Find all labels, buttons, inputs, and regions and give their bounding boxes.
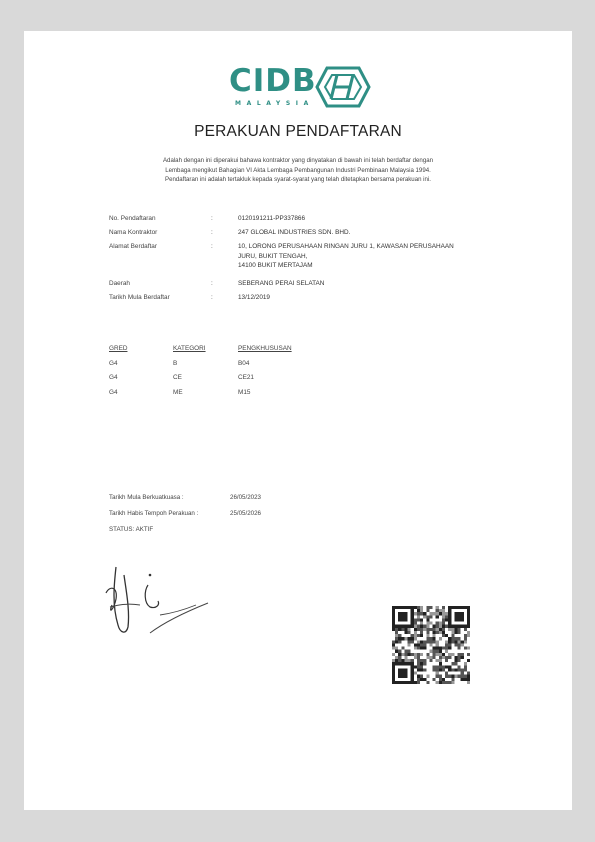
status-row: STATUS: AKTIF: [109, 525, 261, 535]
validity-end-value: 25/05/2026: [230, 509, 261, 519]
certificate-page: CIDB MALAYSIA PERAKUAN PENDAFTARAN Adala…: [24, 31, 572, 810]
intro-line: Lembaga mengikut Bahagian VI Akta Lembag…: [84, 166, 512, 176]
validity-end-row: Tarikh Habis Tempoh Perakuan : 25/05/202…: [109, 509, 261, 519]
field-colon: :: [211, 279, 238, 289]
intro-paragraph: Adalah dengan ini diperakui bahawa kontr…: [84, 156, 512, 185]
table-row: G4 ME M15: [109, 388, 358, 398]
certificate-title: PERAKUAN PENDAFTARAN: [24, 123, 572, 141]
qr-code-icon: [392, 606, 470, 684]
field-colon: :: [211, 293, 238, 303]
field-contractor-name: Nama Kontraktor : 247 GLOBAL INDUSTRIES …: [109, 228, 549, 238]
validity-start-row: Tarikh Mula Berkuatkuasa : 26/05/2023: [109, 493, 261, 503]
logo-subtitle: MALAYSIA: [235, 100, 314, 107]
specialization-cell: CE21: [238, 373, 358, 383]
signature-icon: [96, 555, 216, 645]
grade-cell: G4: [109, 373, 173, 383]
field-label: Tarikh Mula Berdaftar: [109, 293, 211, 303]
grade-table: GRED KATEGORI PENGKHUSUSAN G4 B B04 G4 C…: [109, 344, 358, 402]
intro-line: Pendaftaran ini adalah tertakluk kepada …: [84, 175, 512, 185]
address-line: JURU, BUKIT TENGAH,: [238, 252, 549, 262]
field-colon: :: [211, 214, 238, 224]
logo-wordmark: CIDB: [229, 64, 317, 98]
header-grade: GRED: [109, 345, 127, 352]
category-cell: ME: [173, 388, 238, 398]
header-specialization: PENGKHUSUSAN: [238, 345, 292, 352]
field-colon: :: [211, 228, 238, 238]
field-value: 0120191211-PP337866: [238, 214, 549, 224]
table-row: G4 B B04: [109, 359, 358, 369]
registration-details: No. Pendaftaran : 0120191211-PP337866 Na…: [109, 214, 549, 307]
address-line: 10, LORONG PERUSAHAAN RINGAN JURU 1, KAW…: [238, 242, 549, 252]
field-registration-number: No. Pendaftaran : 0120191211-PP337866: [109, 214, 549, 224]
specialization-cell: B04: [238, 359, 358, 369]
field-registration-date: Tarikh Mula Berdaftar : 13/12/2019: [109, 293, 549, 303]
validity-start-label: Tarikh Mula Berkuatkuasa :: [109, 493, 230, 503]
status-badge: STATUS: AKTIF: [109, 525, 153, 535]
header-category: KATEGORI: [173, 345, 206, 352]
cidb-hexagon-logo-icon: [315, 66, 371, 108]
field-value: 247 GLOBAL INDUSTRIES SDN. BHD.: [238, 228, 549, 238]
address-line: 14100 BUKIT MERTAJAM: [238, 261, 549, 271]
intro-line: Adalah dengan ini diperakui bahawa kontr…: [84, 156, 512, 166]
cidb-logo: CIDB MALAYSIA: [229, 64, 374, 112]
field-label: Nama Kontraktor: [109, 228, 211, 238]
category-cell: B: [173, 359, 238, 369]
grade-cell: G4: [109, 388, 173, 398]
validity-end-label: Tarikh Habis Tempoh Perakuan :: [109, 509, 230, 519]
field-registered-address: Alamat Berdaftar : 10, LORONG PERUSAHAAN…: [109, 242, 549, 271]
category-cell: CE: [173, 373, 238, 383]
specialization-cell: M15: [238, 388, 358, 398]
validity-section: Tarikh Mula Berkuatkuasa : 26/05/2023 Ta…: [109, 493, 261, 541]
field-value: SEBERANG PERAI SELATAN: [238, 279, 549, 289]
grade-table-header: GRED KATEGORI PENGKHUSUSAN: [109, 344, 358, 354]
field-colon: :: [211, 242, 238, 271]
field-value: 13/12/2019: [238, 293, 549, 303]
field-value: 10, LORONG PERUSAHAAN RINGAN JURU 1, KAW…: [238, 242, 549, 271]
field-label: No. Pendaftaran: [109, 214, 211, 224]
field-district: Daerah : SEBERANG PERAI SELATAN: [109, 279, 549, 289]
table-row: G4 CE CE21: [109, 373, 358, 383]
grade-cell: G4: [109, 359, 173, 369]
field-label: Alamat Berdaftar: [109, 242, 211, 271]
validity-start-value: 26/05/2023: [230, 493, 261, 503]
field-label: Daerah: [109, 279, 211, 289]
